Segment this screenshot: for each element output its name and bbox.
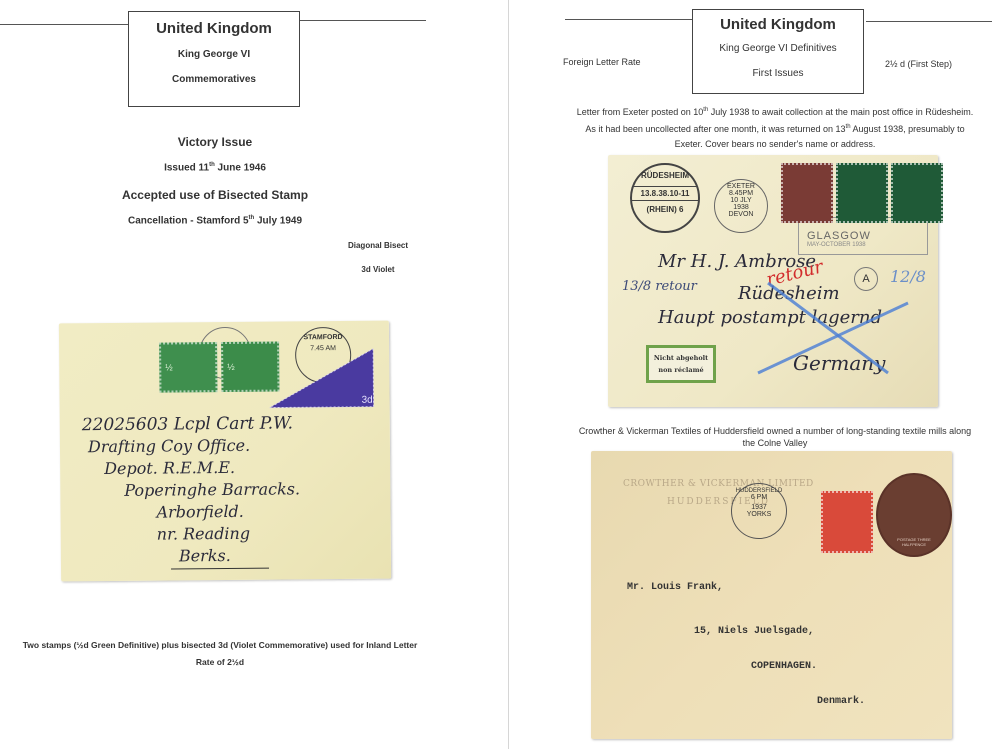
issued-suffix: June 1946 [215, 162, 266, 173]
address-line-7: Berks. [179, 546, 231, 565]
exeter-bottom: DEVON [715, 211, 767, 218]
green-stamp-b [891, 163, 943, 223]
cancel-prefix: Cancellation - Stamford 5 [128, 215, 249, 226]
exeter-year: 1938 [715, 204, 767, 211]
green-stamp-2-value: ½ [227, 362, 235, 372]
embossed-indicia: POSTAGE THREE HALFPENCE [876, 473, 952, 557]
desc-text: As it had been uncollected after one mon… [585, 124, 845, 134]
title-box-title: United Kingdom [693, 16, 863, 33]
issued-date: Issued 11th June 1946 [115, 162, 315, 173]
exeter-description: Letter from Exeter posted on 10th July 1… [555, 103, 995, 152]
green-stamp-1-value: ½ [165, 362, 173, 372]
left-caption-line1: Two stamps (½d Green Definitive) plus bi… [0, 640, 440, 650]
header-rule-left-b [300, 20, 426, 21]
title-box-category: Commemoratives [129, 74, 299, 85]
victory-cover: STAMFORD 7.45 AM ½ ½ 3d 22025603 Lcpl Ca… [59, 321, 391, 582]
address-line-5: Arborfield. [156, 502, 243, 522]
indicia-text: POSTAGE THREE HALFPENCE [886, 537, 942, 547]
brown-stamp [781, 163, 833, 223]
stamford-postmark-text: STAMFORD [296, 334, 350, 341]
left-caption-line2: Rate of 2½d [0, 657, 440, 667]
rudesheim-bottom: (RHEIN) 6 [632, 205, 698, 214]
issued-prefix: Issued 11 [164, 162, 209, 173]
address-line-4: Poperinghe Barracks. [124, 479, 300, 500]
exeter-time: 8.45PM [715, 190, 767, 197]
label-line2: non réclamé [649, 366, 713, 374]
glasgow-dates: MAY-OCTOBER 1938 [807, 242, 927, 248]
hudd-time: 6 PM [732, 494, 786, 501]
section-subheading: Accepted use of Bisected Stamp [100, 188, 330, 202]
rudesheim-top: RÜDESHEIM [632, 171, 698, 180]
huddersfield-postmark: HUDDERSFIELD 6 PM 1937 YORKS [731, 483, 787, 539]
violet-bisect-stamp: 3d [269, 349, 376, 410]
exeter-desc-line2: As it had been uncollected after one mon… [555, 120, 995, 137]
exeter-cover: RÜDESHEIM 13.8.38.10-11 (RHEIN) 6 EXETER… [608, 155, 938, 407]
bisect-note-line1: Diagonal Bisect [328, 241, 428, 250]
typed-address-4: Denmark. [817, 696, 865, 707]
crowther-description: Crowther & Vickerman Textiles of Hudders… [555, 424, 995, 451]
desc-text: Letter from Exeter posted on 10 [577, 107, 704, 117]
hudd-bottom: YORKS [732, 511, 786, 518]
address-line-2: Drafting Coy Office. [88, 436, 250, 456]
title-box-left: United Kingdom King George VI Commemorat… [128, 11, 300, 107]
title-box-subtitle: King George VI Definitives [693, 43, 863, 54]
rate-step-label: 2½ d (First Step) [885, 59, 952, 69]
cancellation-text: Cancellation - Stamford 5th July 1949 [100, 215, 330, 226]
rudesheim-postmark: RÜDESHEIM 13.8.38.10-11 (RHEIN) 6 [630, 163, 700, 233]
title-box-right: United Kingdom King George VI Definitive… [692, 9, 864, 94]
exeter-top: EXETER [715, 183, 767, 190]
exeter-desc-line1: Letter from Exeter posted on 10th July 1… [555, 103, 995, 120]
exeter-date: 10 JLY [715, 197, 767, 204]
green-stamp-a [836, 163, 888, 223]
title-box-category: First Issues [693, 68, 863, 79]
red-stamp [821, 491, 873, 553]
address-line-3: Depot. R.E.M.E. [104, 458, 235, 478]
bisect-note-line2: 3d Violet [328, 265, 428, 274]
not-collected-label: Nicht abgeholt non réclamé [646, 345, 716, 383]
green-stamp-1: ½ [159, 342, 217, 393]
typed-address-2: 15, Niels Juelsgade, [694, 626, 814, 637]
desc-text: July 1938 to await collection at the mai… [708, 107, 973, 117]
header-rule-right-b [866, 21, 992, 22]
desc-text: August 1938, presumably to [851, 124, 965, 134]
side-note: 13/8 retour [622, 279, 697, 294]
title-box-title: United Kingdom [129, 20, 299, 37]
exeter-postmark: EXETER 8.45PM 10 JLY 1938 DEVON [714, 179, 768, 233]
address-underline [171, 568, 269, 570]
rudesheim-date: 13.8.38.10-11 [632, 186, 698, 201]
hudd-year: 1937 [732, 504, 786, 511]
exeter-desc-line3: Exeter. Cover bears no sender's name or … [555, 137, 995, 152]
title-box-subtitle: King George VI [129, 49, 299, 60]
label-line1: Nicht abgeholt [649, 354, 713, 362]
blue-cross-out [748, 273, 918, 383]
violet-stamp-value: 3d [362, 395, 373, 406]
address-line-6: nr. Reading [157, 524, 250, 544]
cancel-suffix: July 1949 [254, 215, 302, 226]
typed-address-3: COPENHAGEN. [751, 661, 817, 672]
foreign-letter-rate-label: Foreign Letter Rate [563, 57, 641, 67]
section-heading: Victory Issue [115, 135, 315, 149]
huddersfield-cover: CROWTHER & VICKERMAN LIMITED HUDDERSFIEL… [591, 451, 952, 739]
address-line-1: 22025603 Lcpl Cart P.W. [82, 413, 293, 435]
typed-address-1: Mr. Louis Frank, [627, 582, 723, 593]
page-divider [508, 0, 509, 749]
header-rule-right-a [565, 19, 692, 20]
glasgow-text: GLASGOW [807, 230, 927, 242]
header-rule-left-a [0, 24, 128, 25]
